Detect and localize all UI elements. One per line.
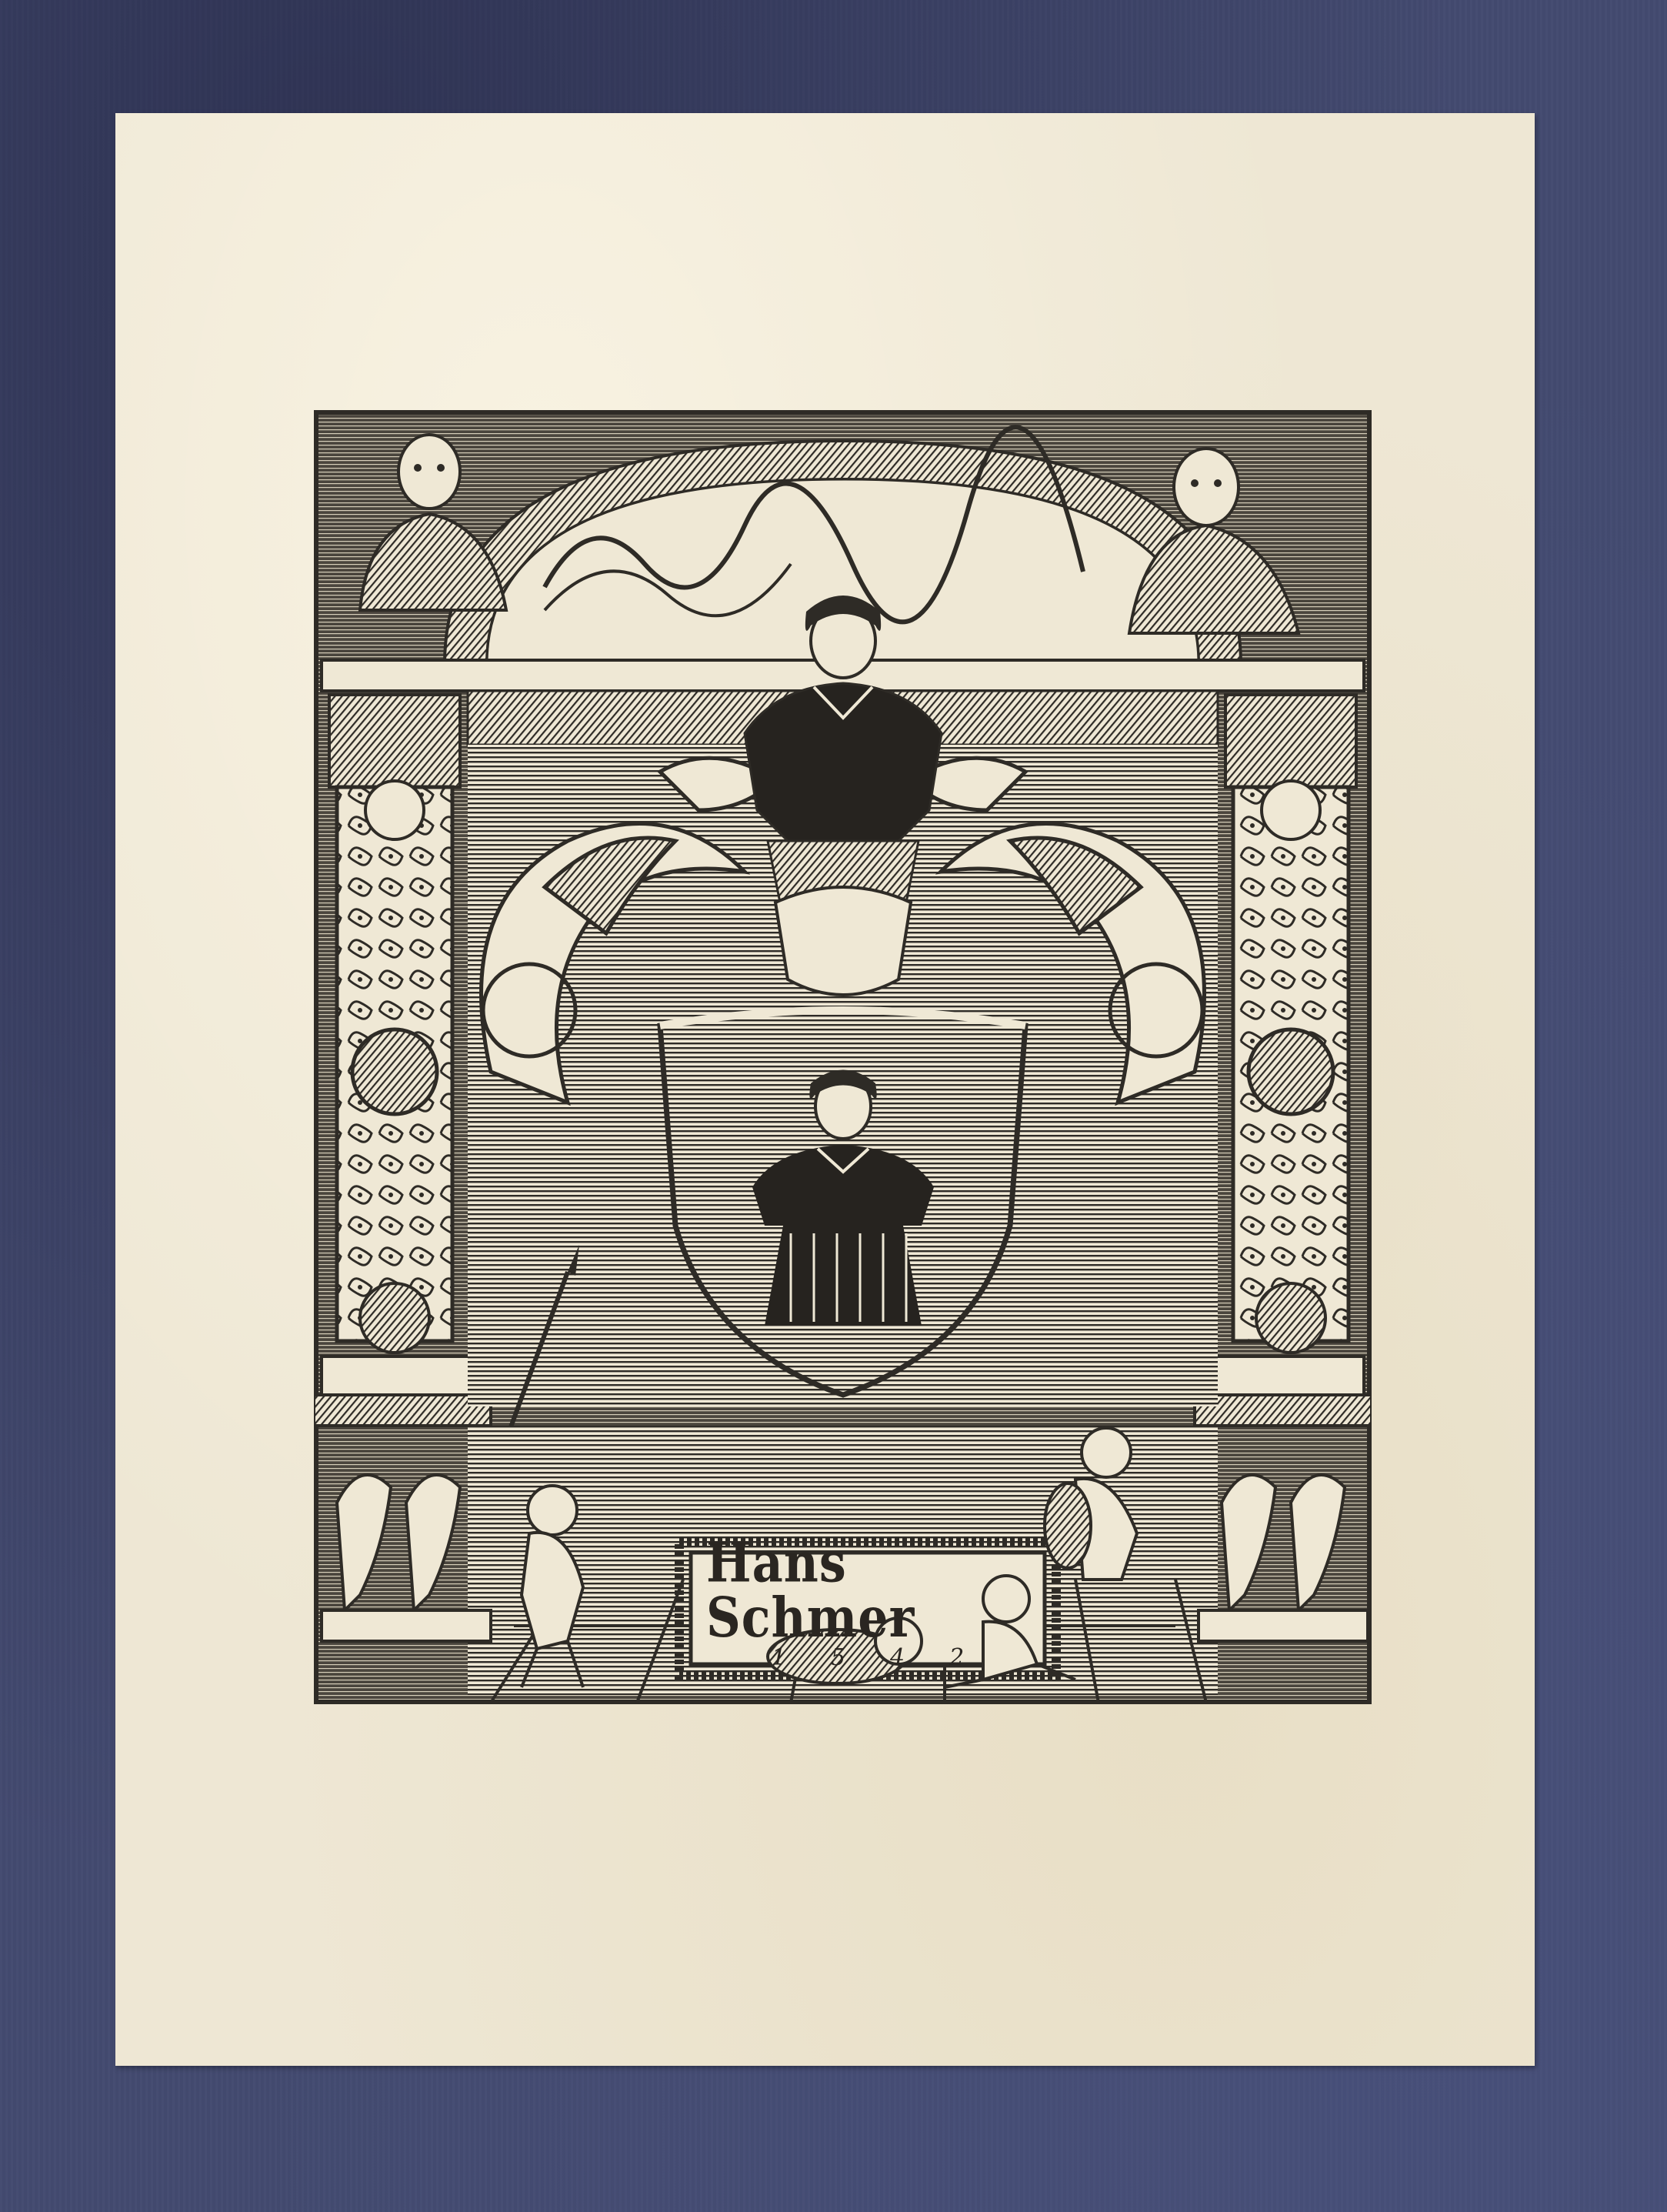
cartouche-name: Hans Schmer <box>706 1535 1029 1645</box>
name-cartouche: Hans Schmer 1542 <box>706 1556 1029 1656</box>
paper-sheet: Hans Schmer 1542 <box>115 113 1535 2066</box>
woodcut-illustration <box>314 410 1372 1704</box>
woodcut-print: Hans Schmer 1542 <box>314 410 1372 1704</box>
pencil-note <box>315 1710 319 1720</box>
